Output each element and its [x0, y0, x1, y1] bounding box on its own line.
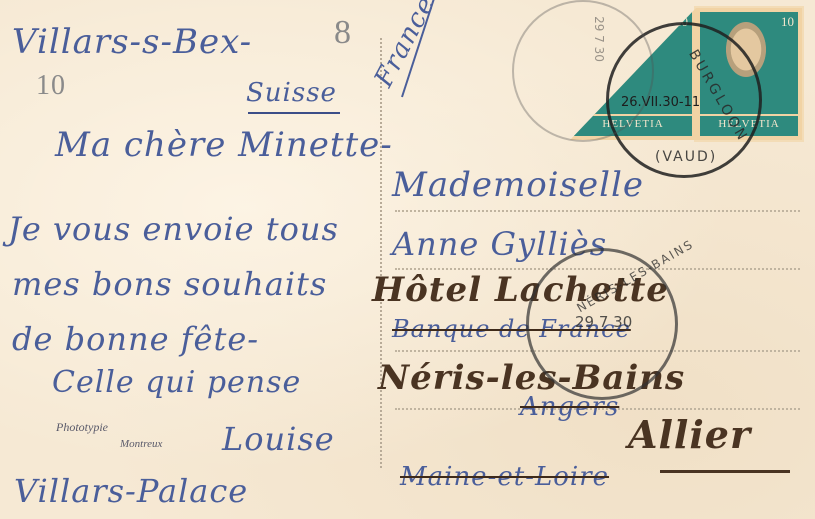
address-line-7: Allier — [628, 412, 751, 457]
message-place-line: Villars-s-Bex- — [12, 22, 252, 62]
pencil-number-top: 8 — [334, 14, 352, 52]
postmark-french: NÉRIS-LES-BAINS 29 7 30 — [526, 248, 678, 400]
vertical-divider — [380, 38, 382, 468]
pencil-number-left: 10 — [36, 70, 66, 102]
address-line-rule-1 — [395, 210, 800, 212]
stamp-value: 10 — [781, 14, 794, 30]
message-body-line-2: mes bons souhaits — [12, 265, 327, 303]
message-body-line-1: Je vous envoie tous — [8, 210, 339, 248]
address-line-8-struck: Maine-et-Loire — [400, 462, 609, 492]
message-body-line-3: de bonne fête- — [12, 320, 259, 358]
message-closing: Celle qui pense — [52, 365, 301, 400]
postmark-faint-date: 29 7 30 — [592, 16, 606, 62]
allier-underline — [660, 470, 790, 473]
message-signature: Louise — [222, 420, 335, 458]
postmark-french-faint: 29 7 30 — [512, 0, 654, 142]
postmark-french-date: 29 7 30 — [575, 313, 632, 331]
printed-imprint-line-2: Montreux — [120, 438, 162, 450]
message-salutation: Ma chère Minette- — [55, 125, 393, 165]
postmark-french-town: NÉRIS-LES-BAINS — [574, 237, 696, 315]
message-sender-address: Villars-Palace — [14, 472, 248, 510]
address-line-1: Mademoiselle — [392, 165, 644, 205]
country-underline — [248, 112, 340, 114]
message-country-line: Suisse — [246, 78, 337, 108]
postmark-swiss-region: (VAUD) — [655, 149, 717, 165]
postcard: 8 10 Villars-s-Bex- Suisse Ma chère Mine… — [0, 0, 815, 519]
printed-imprint-line-1: Phototypie — [56, 420, 108, 435]
